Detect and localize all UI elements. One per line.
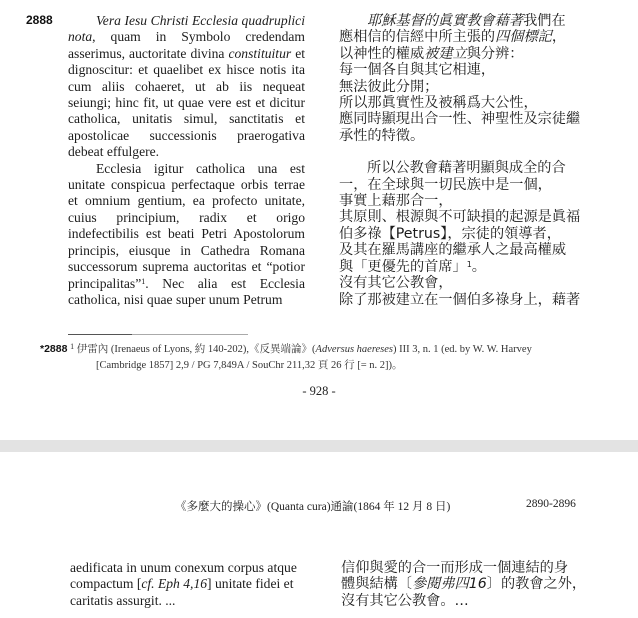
footnote-divider: [68, 334, 248, 335]
chinese-line: 一，在全球與一切民族中是一個，: [339, 177, 579, 193]
chinese-line: 以神性的權威被建立與分辨：: [339, 46, 579, 62]
chinese-italic-text: 被建立: [424, 46, 467, 62]
chinese-line: 除了那被建立在一個伯多祿身上，藉著: [339, 292, 579, 308]
latin-line: aedificata in unum conexum corpus atque: [70, 560, 308, 576]
chinese-line: 每一個各自與其它相連，: [339, 62, 579, 78]
footnote-divider-fade: [132, 334, 248, 335]
latin-italic-word: constituitur: [228, 46, 291, 61]
chinese-text: 以神性的權威: [339, 46, 424, 62]
chinese-line: 承性的特徵。: [339, 128, 579, 144]
footnote-number: *2888: [40, 343, 67, 355]
chinese-line: 其原則、根源與不可缺損的起源是眞福: [339, 209, 579, 225]
footnote-reference[interactable]: 1: [141, 277, 145, 286]
chinese-text: 與分辨：: [467, 46, 524, 62]
chinese-text: 。: [472, 259, 486, 275]
chinese-text: 應相信的信經中所主張的: [339, 29, 495, 45]
latin-text: Ecclesia igitur catholica una est unitat…: [68, 161, 305, 291]
latin-paragraph-1: Vera Iesu Christi Ecclesia quadruplici n…: [68, 13, 305, 161]
latin-line: caritatis assurgit. ...: [70, 593, 308, 609]
chinese-column-next: 信仰與愛的合一而形成一個連結的身 體與結構〔參閱弗四16〕的教會之外， 沒有其它…: [341, 560, 581, 609]
latin-text: compactum [: [70, 576, 141, 591]
page-number: - 928 -: [0, 384, 638, 399]
chinese-line: 事實上藉那合一，: [339, 193, 579, 209]
chinese-text: 〕的教會之外，: [487, 576, 586, 592]
footnote-title: Adversus haereses: [316, 344, 393, 355]
chinese-line: 所以公教會藉著明顯與成全的合: [339, 160, 579, 176]
chinese-text: ，: [552, 29, 566, 45]
chinese-text: 與「更優先的首席」: [339, 259, 467, 275]
chinese-line: 與「更優先的首席」1。: [339, 259, 579, 275]
chinese-text: 體與結構〔: [341, 576, 412, 592]
chinese-text: 我們在: [523, 13, 566, 29]
footnote: *2888 1 伊雷內 (Irenaeus of Lyons, 約 140-20…: [40, 341, 580, 374]
latin-line: compactum [cf. Eph 4,16] unitate fidei e…: [70, 576, 308, 592]
chinese-line: 應相信的信經中所主張的四個標記，: [339, 29, 579, 45]
footnote-text: (Irenaeus of Lyons, 約 140-202),《反異端論》(: [108, 344, 315, 355]
latin-column: Vera Iesu Christi Ecclesia quadruplici n…: [68, 13, 305, 308]
footnote-text: ) III 3, n. 1 (ed. by W. W. Harvey: [393, 344, 532, 355]
latin-paragraph-2: Ecclesia igitur catholica una est unitat…: [68, 161, 305, 309]
chinese-line: 體與結構〔參閱弗四16〕的教會之外，: [341, 576, 581, 592]
chinese-italic-text: 耶穌基督的眞實教會藉著: [367, 13, 523, 29]
latin-text: et dignoscitur: et quaelibet ex hisce no…: [68, 46, 305, 159]
latin-citation: cf. Eph 4,16: [141, 576, 207, 591]
chinese-italic-text: 四個標記: [495, 29, 552, 45]
running-header: 《多麼大的操心》(Quanta cura)通諭(1864 年 12 月 8 日): [175, 498, 475, 514]
page-separator: [0, 440, 638, 452]
footnote-text-line2: [Cambridge 1857] 2,9 / PG 7,849A / SouCh…: [40, 358, 580, 374]
latin-text: ] unitate fidei et: [207, 576, 293, 591]
chinese-paragraph-1: 耶穌基督的眞實教會藉著我們在 應相信的信經中所主張的四個標記， 以神性的權威被建…: [339, 13, 579, 144]
chinese-line: 所以那眞實性及被稱爲大公性，: [339, 95, 579, 111]
document-page-928: 2888 Vera Iesu Christi Ecclesia quadrupl…: [0, 0, 638, 440]
paragraph-spacer: [339, 144, 579, 160]
chinese-citation: 參閱弗四16: [412, 576, 487, 592]
latin-column-next: aedificata in unum conexum corpus atque …: [70, 560, 308, 609]
chinese-column: 耶穌基督的眞實教會藉著我們在 應相信的信經中所主張的四個標記， 以神性的權威被建…: [339, 13, 579, 308]
chinese-line: 應同時顯現出合一性、神聖性及宗徒繼: [339, 111, 579, 127]
footnote-author: 伊雷內: [77, 344, 109, 355]
chinese-line: 無法彼此分開；: [339, 79, 579, 95]
running-header-range: 2890-2896: [526, 498, 576, 510]
chinese-line: 伯多祿【Petrus】，宗徒的領導者，: [339, 226, 579, 242]
chinese-line: 沒有其它公教會。…: [341, 593, 581, 609]
margin-number: 2888: [26, 13, 53, 27]
footnote-marker: 1: [70, 342, 74, 351]
chinese-line: 沒有其它公教會，: [339, 275, 579, 291]
chinese-line: 信仰與愛的合一而形成一個連結的身: [341, 560, 581, 576]
chinese-paragraph-2: 所以公教會藉著明顯與成全的合 一，在全球與一切民族中是一個， 事實上藉那合一， …: [339, 160, 579, 308]
footnote-reference[interactable]: 1: [467, 260, 472, 269]
chinese-line: 耶穌基督的眞實教會藉著我們在: [339, 13, 579, 29]
chinese-line: 及其在羅馬講座的繼承人之最高權威: [339, 242, 579, 258]
